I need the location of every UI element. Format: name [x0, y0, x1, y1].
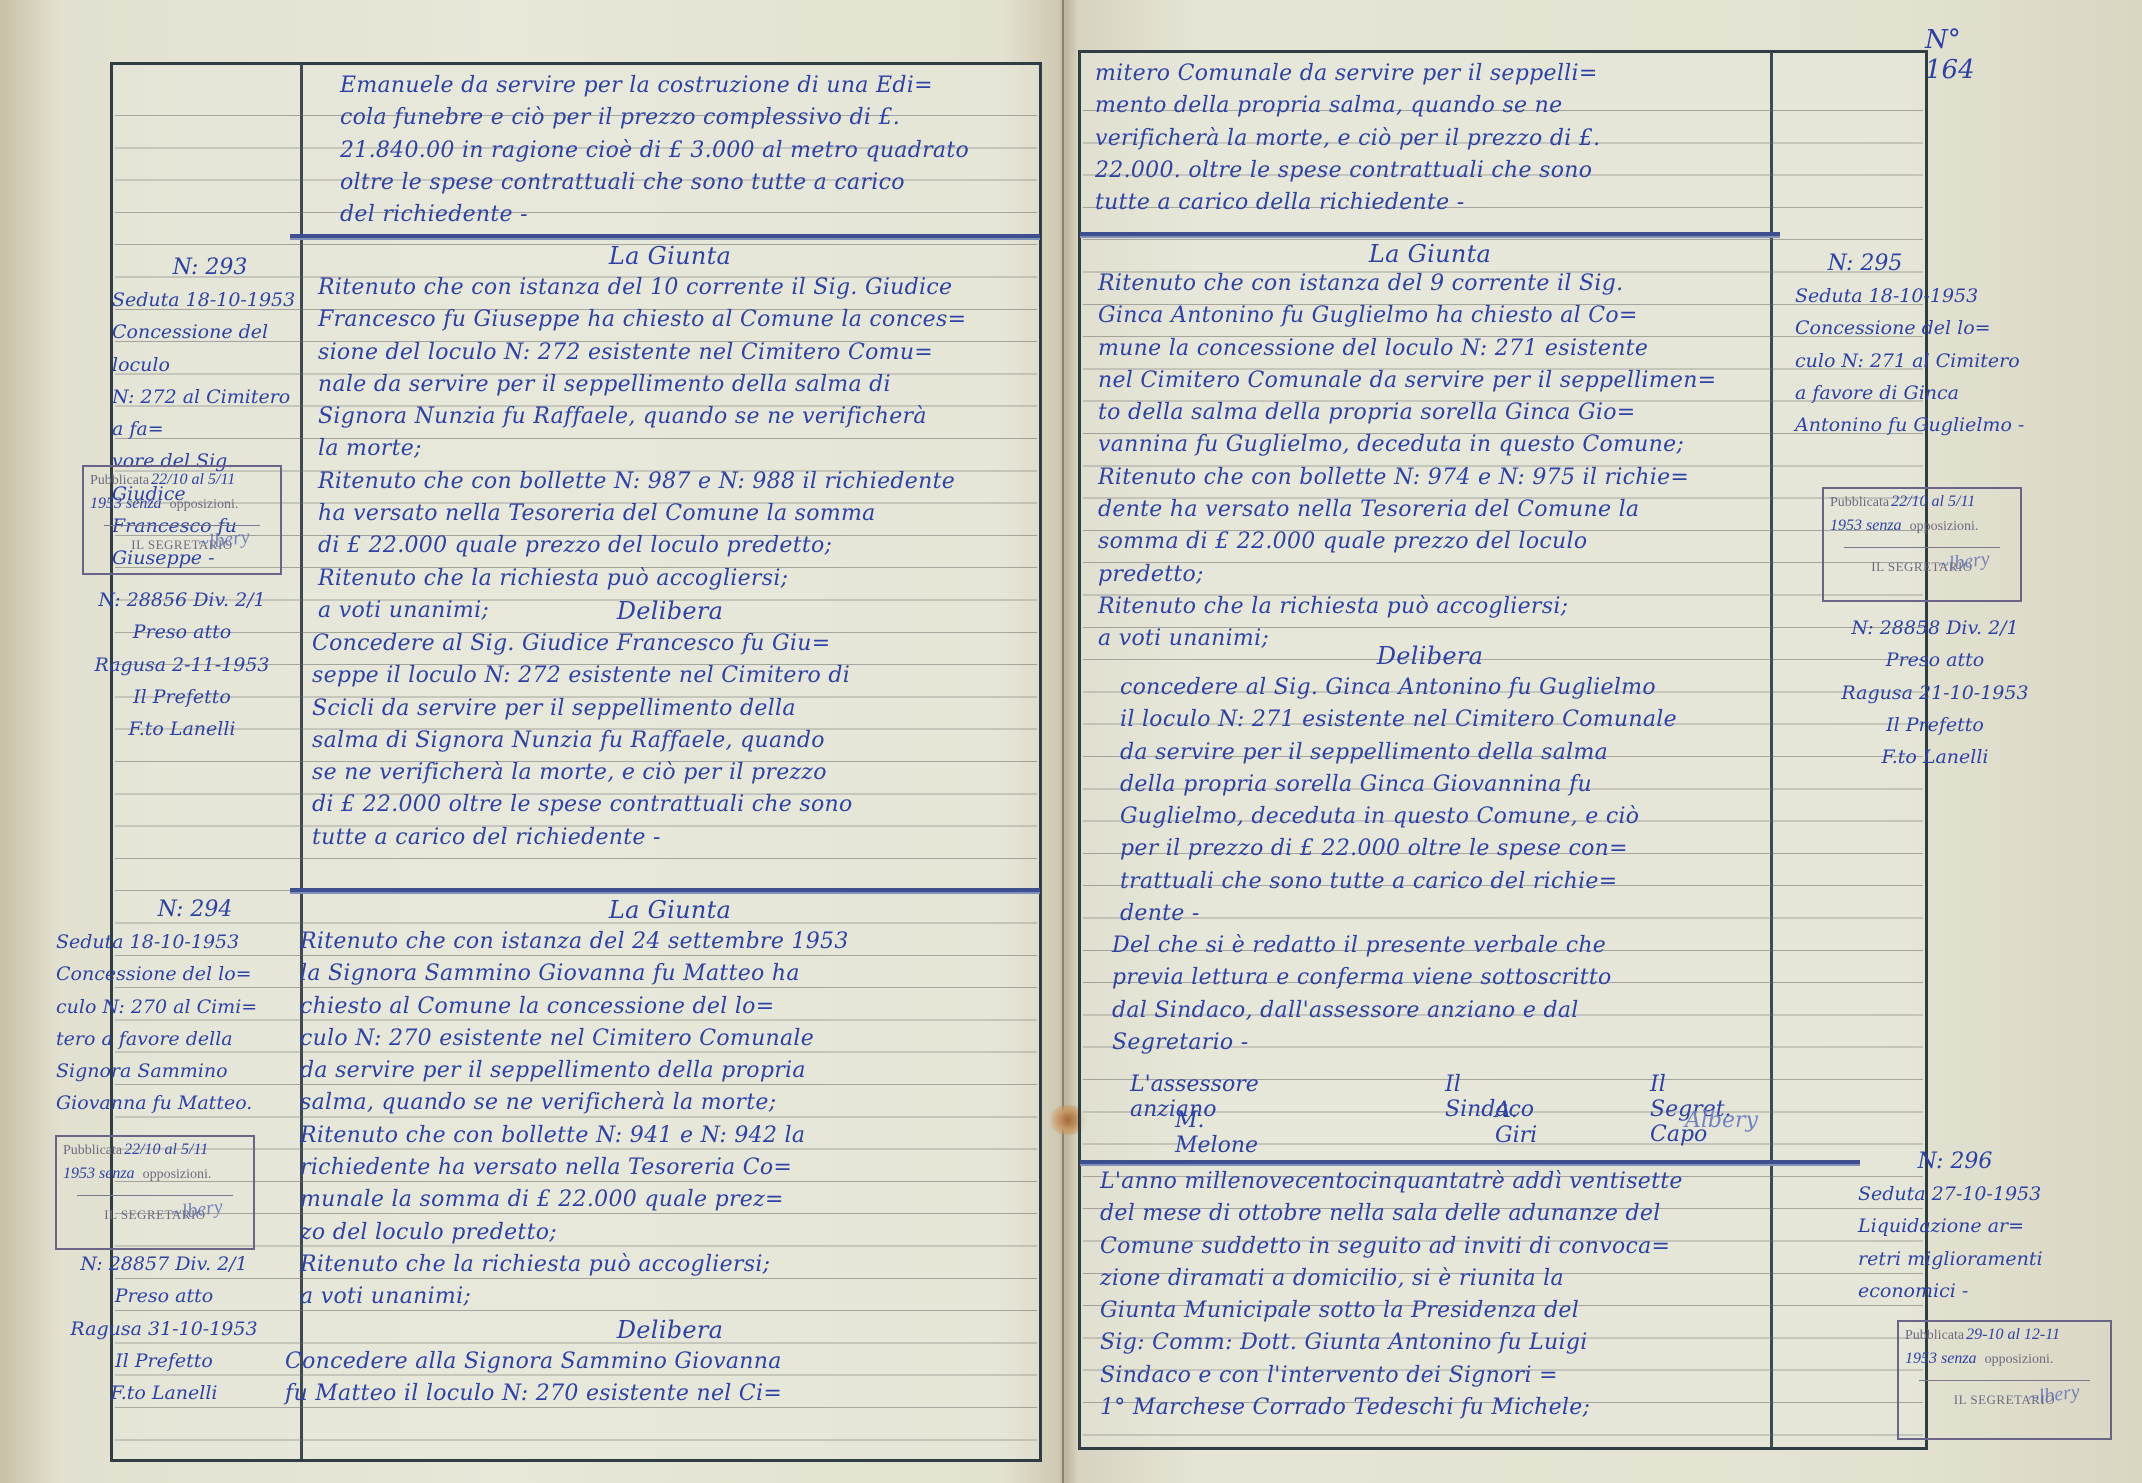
- stamp-signature-line: [104, 525, 260, 526]
- entry-294-publication-stamp: Pubblicata22/10 al 5/11 1953 senzaopposi…: [55, 1135, 255, 1250]
- stamp-year: 1953 senza: [1830, 517, 1902, 534]
- entry-294-number: N: 294: [100, 894, 290, 926]
- stamp-year: 1953 senza: [1905, 1350, 1977, 1367]
- sindaco-signature: A. Giri: [1495, 1098, 1537, 1148]
- stamp-printed-opposizioni: opposizioni.: [1910, 519, 1979, 534]
- stamp-dates: 22/10 al 5/11: [151, 471, 235, 488]
- book-gutter: [1062, 0, 1064, 1483]
- stamp-printed-opposizioni: opposizioni.: [1985, 1352, 2054, 1367]
- entry-294-resolution: Concedere alla Signora Sammino Giovanna …: [285, 1346, 1040, 1411]
- stamp-printed-opposizioni: opposizioni.: [170, 497, 239, 512]
- entry-294-summary: Seduta 18-10-1953 Concessione del lo= cu…: [56, 926, 296, 1120]
- stamp-signature-line: [1919, 1380, 2090, 1381]
- entry-293-delibera-heading: Delibera: [300, 595, 1040, 627]
- entry-295-heading: La Giunta: [1080, 238, 1780, 270]
- entry-295-delibera-heading: Delibera: [1080, 640, 1780, 672]
- entry-295-prefecture-note: N: 28858 Div. 2/1 Preso atto Ragusa 21-1…: [1815, 612, 2055, 773]
- entry-295-publication-stamp: Pubblicata22/10 al 5/11 1953 senzaopposi…: [1822, 487, 2022, 602]
- entry-294-delibera-heading: Delibera: [300, 1314, 1040, 1346]
- stamp-printed-pubblicata: Pubblicata: [63, 1143, 122, 1158]
- entry-293-prefecture-note: N: 28856 Div. 2/1 Preso atto Ragusa 2-11…: [72, 584, 292, 745]
- stamp-printed-pubblicata: Pubblicata: [1905, 1328, 1964, 1343]
- assessore-signature: M. Melone: [1175, 1108, 1258, 1158]
- stamp-printed-opposizioni: opposizioni.: [143, 1167, 212, 1182]
- entry-293-number: N: 293: [120, 252, 300, 284]
- stamp-dates: 22/10 al 5/11: [124, 1141, 208, 1158]
- entry-295-closing: Del che si è redatto il presente verbale…: [1112, 930, 1812, 1059]
- entry-293-heading: La Giunta: [300, 240, 1040, 272]
- entry-295-summary: Seduta 18-10-1953 Concessione del lo= cu…: [1795, 280, 2025, 441]
- entry-293-publication-stamp: Pubblicata22/10 al 5/11 1953 senzaopposi…: [82, 465, 282, 575]
- stamp-year: 1953 senza: [63, 1165, 135, 1182]
- stamp-printed-pubblicata: Pubblicata: [1830, 495, 1889, 510]
- entry-295-premises: Ritenuto che con istanza del 9 corrente …: [1098, 268, 1778, 656]
- entry-294-prefecture-note: N: 28857 Div. 2/1 Preso atto Ragusa 31-1…: [44, 1248, 284, 1409]
- entry-293-resolution: Concedere al Sig. Giudice Francesco fu G…: [312, 628, 1040, 854]
- entry-293-premises: Ritenuto che con istanza del 10 corrente…: [318, 272, 1038, 627]
- stamp-printed-pubblicata: Pubblicata: [90, 473, 149, 488]
- entry-294-heading: La Giunta: [300, 894, 1040, 926]
- stamp-signature-line: [1844, 547, 2000, 548]
- stamp-signature-line: [77, 1195, 233, 1196]
- right-continuation-text: mitero Comunale da servire per il seppel…: [1095, 58, 1775, 219]
- stamp-dates: 22/10 al 5/11: [1891, 493, 1975, 510]
- entry-294-premises: Ritenuto che con istanza del 24 settembr…: [300, 926, 1040, 1314]
- left-continuation-text: Emanuele da servire per la costruzione d…: [340, 70, 1030, 231]
- entry-296-number: N: 296: [1880, 1146, 2030, 1178]
- entry-296-summary: Seduta 27-10-1953 Liquidazione ar= retri…: [1858, 1178, 2108, 1307]
- page-number: N° 164: [1925, 25, 1975, 85]
- stamp-dates: 29-10 al 12-11: [1966, 1326, 2060, 1343]
- entry-295-number: N: 295: [1790, 248, 1940, 280]
- entry-295-resolution: concedere al Sig. Ginca Antonino fu Gugl…: [1120, 672, 1780, 930]
- segretario-signature: Albery: [1685, 1108, 1758, 1133]
- entry-296-publication-stamp: Pubblicata29-10 al 12-11 1953 senzaoppos…: [1897, 1320, 2112, 1440]
- stamp-year: 1953 senza: [90, 495, 162, 512]
- entry-296-opening: L'anno millenovecentocinquantatrè addì v…: [1100, 1166, 1860, 1424]
